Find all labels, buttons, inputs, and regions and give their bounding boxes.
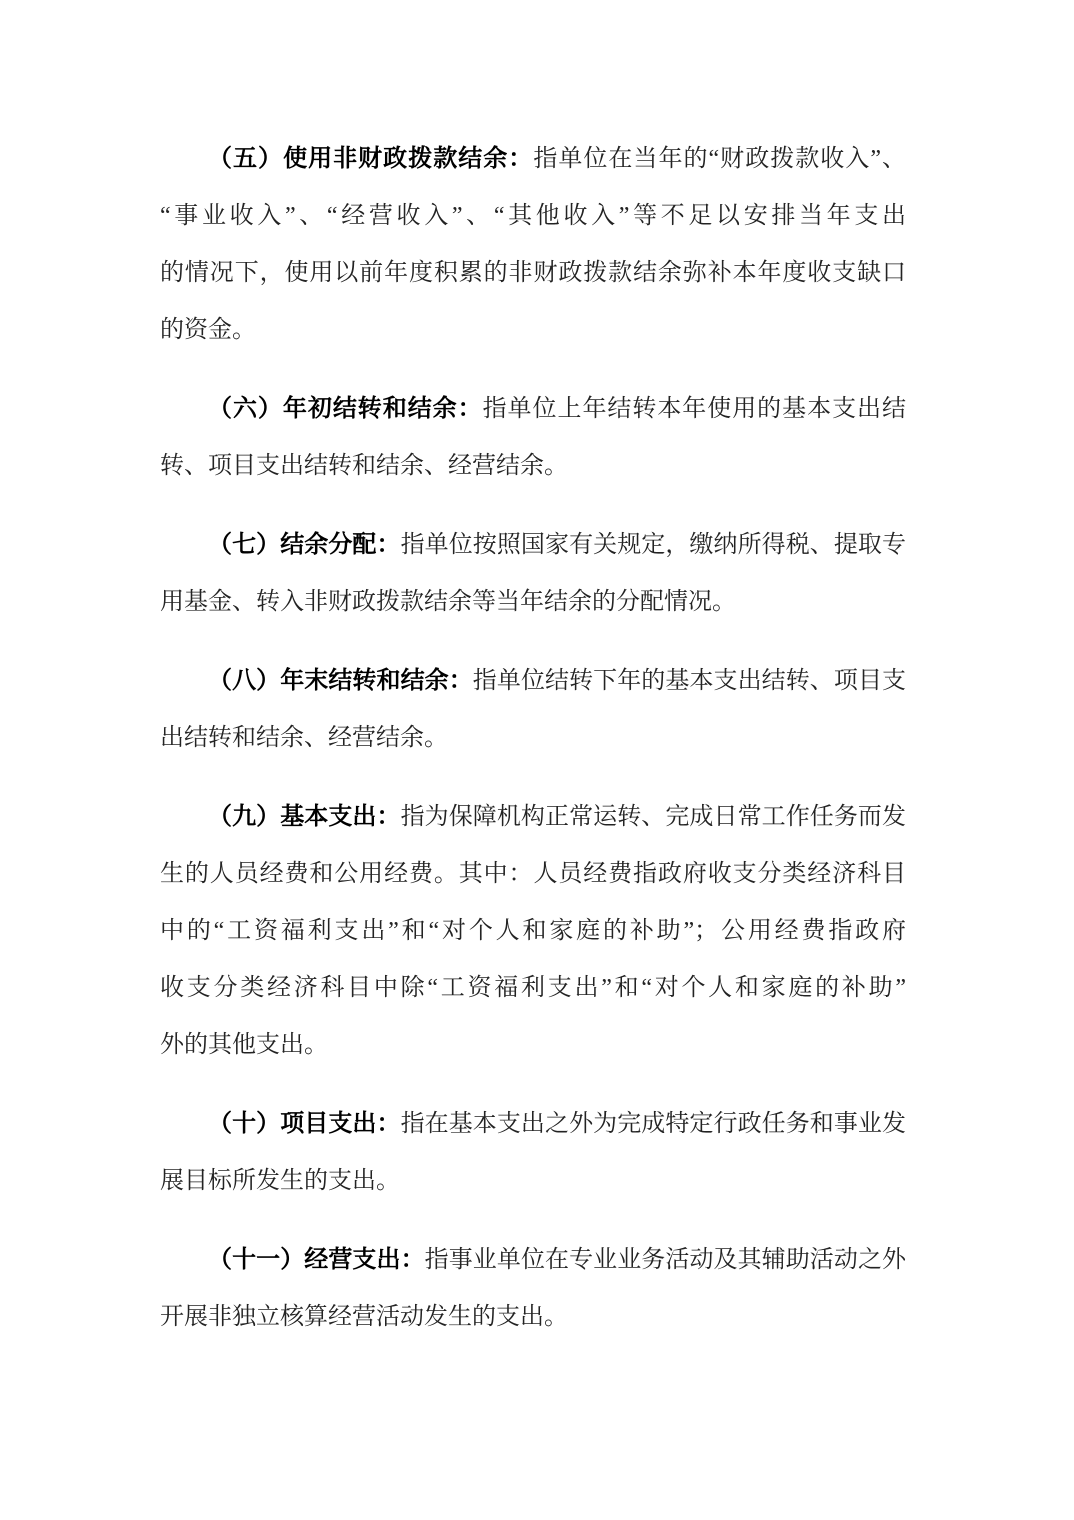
text-line: （七）结余分配：指单位按照国家有关规定，缴纳所得税、提取专 — [160, 517, 906, 574]
definition-paragraph: （八）年末结转和结余：指单位结转下年的基本支出结转、项目支 出结转和结余、经营结… — [160, 653, 906, 767]
text-line: 开展非独立核算经营活动发生的支出。 — [160, 1289, 906, 1346]
text-line: （八）年末结转和结余：指单位结转下年的基本支出结转、项目支 — [160, 653, 906, 710]
term-definition-text: 指单位按照国家有关规定，缴纳所得税、提取专 — [401, 532, 906, 558]
term-heading: （五）使用非财政拨款结余： — [208, 146, 533, 172]
text-line: 的资金。 — [160, 302, 906, 359]
definition-paragraph: （五）使用非财政拨款结余：指单位在当年的“财政拨款收入”、 “事业收入”、“经营… — [160, 131, 906, 359]
text-line: （九）基本支出：指为保障机构正常运转、完成日常工作任务而发 — [160, 789, 906, 846]
definition-paragraph: （十）项目支出：指在基本支出之外为完成特定行政任务和事业发 展目标所发生的支出。 — [160, 1096, 906, 1210]
term-definition-text: 指在基本支出之外为完成特定行政任务和事业发 — [401, 1111, 906, 1137]
term-definition-text: 指单位结转下年的基本支出结转、项目支 — [473, 668, 906, 694]
definition-paragraph: （六）年初结转和结余：指单位上年结转本年使用的基本支出结 转、项目支出结转和结余… — [160, 381, 906, 495]
term-definition-text: 指单位上年结转本年使用的基本支出结 — [483, 396, 906, 422]
text-line: （六）年初结转和结余：指单位上年结转本年使用的基本支出结 — [160, 381, 906, 438]
text-line: 展目标所发生的支出。 — [160, 1153, 906, 1210]
text-line: （十）项目支出：指在基本支出之外为完成特定行政任务和事业发 — [160, 1096, 906, 1153]
term-heading: （八）年末结转和结余： — [208, 668, 473, 694]
term-definition-text: 指事业单位在专业业务活动及其辅助活动之外 — [425, 1247, 906, 1273]
text-line: 生的人员经费和公用经费。其中：人员经费指政府收支分类经济科目 — [160, 846, 906, 903]
text-line: 转、项目支出结转和结余、经营结余。 — [160, 438, 906, 495]
text-line: 收支分类经济科目中除“工资福利支出”和“对个人和家庭的补助” — [160, 960, 906, 1017]
definition-paragraph: （七）结余分配：指单位按照国家有关规定，缴纳所得税、提取专 用基金、转入非财政拨… — [160, 517, 906, 631]
text-line: “事业收入”、“经营收入”、“其他收入”等不足以安排当年支出 — [160, 188, 906, 245]
term-definition-text: 指为保障机构正常运转、完成日常工作任务而发 — [401, 804, 906, 830]
text-line: 出结转和结余、经营结余。 — [160, 710, 906, 767]
text-line: 用基金、转入非财政拨款结余等当年结余的分配情况。 — [160, 574, 906, 631]
document-body: （五）使用非财政拨款结余：指单位在当年的“财政拨款收入”、 “事业收入”、“经营… — [160, 131, 906, 1346]
text-line: （五）使用非财政拨款结余：指单位在当年的“财政拨款收入”、 — [160, 131, 906, 188]
term-definition-text: 指单位在当年的“财政拨款收入”、 — [533, 146, 906, 172]
document-page: { "document": { "background": "#ffffff",… — [0, 0, 1074, 1520]
definition-paragraph: （九）基本支出：指为保障机构正常运转、完成日常工作任务而发 生的人员经费和公用经… — [160, 789, 906, 1074]
term-heading: （六）年初结转和结余： — [208, 396, 483, 422]
term-heading: （七）结余分配： — [208, 532, 401, 558]
term-heading: （十）项目支出： — [208, 1111, 401, 1137]
text-line: （十一）经营支出：指事业单位在专业业务活动及其辅助活动之外 — [160, 1232, 906, 1289]
term-heading: （十一）经营支出： — [208, 1247, 425, 1273]
definition-paragraph: （十一）经营支出：指事业单位在专业业务活动及其辅助活动之外 开展非独立核算经营活… — [160, 1232, 906, 1346]
text-line: 的情况下，使用以前年度积累的非财政拨款结余弥补本年度收支缺口 — [160, 245, 906, 302]
text-line: 外的其他支出。 — [160, 1017, 906, 1074]
term-heading: （九）基本支出： — [208, 804, 401, 830]
text-line: 中的“工资福利支出”和“对个人和家庭的补助”；公用经费指政府 — [160, 903, 906, 960]
